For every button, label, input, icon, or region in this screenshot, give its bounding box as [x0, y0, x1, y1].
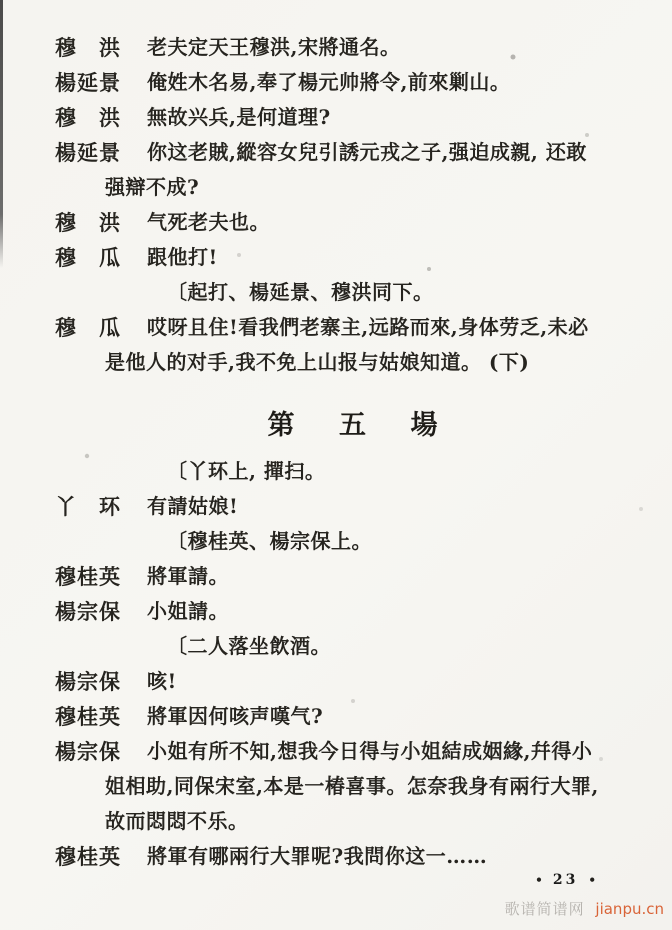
dialogue-text: 無故兴兵,是何道理? [105, 100, 650, 135]
dialogue-line: 楊延景 你这老賊,縱容女兒引誘元戎之子,强迫成親, 还敢 强辯不成? [55, 135, 650, 205]
stage-direction-line: 〔丫环上, 撣扫。 [167, 454, 650, 489]
speaker-name: 穆 洪 [55, 205, 121, 240]
dialogue-line: 穆 瓜 跟他打! [55, 240, 650, 275]
dialogue-text: 將軍因何咳声嘆气? [105, 699, 650, 734]
dialogue-line: 楊宗保 咳! [55, 664, 650, 699]
speaker-name: 楊延景 [55, 65, 121, 100]
dialogue-text: 俺姓木名易,奉了楊元帅將令,前來剿山。 [105, 65, 650, 100]
dialogue-line: 穆 瓜 哎呀且住!看我們老寨主,远路而來,身体劳乏,未必 是他人的对手,我不免上… [55, 310, 650, 380]
speaker-name: 穆桂英 [55, 839, 121, 874]
speaker-name: 丫 环 [55, 489, 121, 524]
dialogue-line: 穆桂英 將軍有哪兩行大罪呢?我問你这一…… [55, 839, 650, 874]
speaker-name: 楊宗保 [55, 664, 121, 699]
dialogue-line: 穆桂英 將軍請。 [55, 559, 650, 594]
speaker-name: 穆 洪 [55, 30, 121, 65]
stage-direction-text: 〔丫环上, 撣扫。 [167, 454, 650, 489]
dialogue-text: 跟他打! [105, 240, 650, 275]
speaker-name: 楊宗保 [55, 594, 121, 629]
stage-direction-text: 〔穆桂英、楊宗保上。 [167, 524, 650, 559]
dialogue-text: 小姐請。 [105, 594, 650, 629]
speaker-name: 穆 瓜 [55, 240, 121, 275]
page-number: •23• [525, 872, 606, 888]
watermark-site-url-link[interactable]: jianpu.cn [595, 900, 664, 918]
dialogue-text: 哎呀且住!看我們老寨主,远路而來,身体劳乏,未必 是他人的对手,我不免上山报与姑… [105, 310, 650, 380]
scanned-script-page: 穆 洪 老夫定天王穆洪,宋將通名。 楊延景 俺姓木名易,奉了楊元帅將令,前來剿山… [0, 0, 672, 930]
page-number-dot-left: • [525, 873, 553, 887]
watermark: 歌谱简谱网 jianpu.cn [505, 898, 664, 919]
speaker-name: 楊宗保 [55, 734, 121, 769]
stage-direction-line: 〔二人落坐飲酒。 [167, 629, 650, 664]
stage-direction-line: 〔起打、楊延景、穆洪同下。 [167, 275, 650, 310]
dialogue-text: 老夫定天王穆洪,宋將通名。 [105, 30, 650, 65]
dialogue-text: 有請姑娘! [105, 489, 650, 524]
dialogue-text: 气死老夫也。 [105, 205, 650, 240]
dialogue-line: 楊延景 俺姓木名易,奉了楊元帅將令,前來剿山。 [55, 65, 650, 100]
dialogue-text: 你这老賊,縱容女兒引誘元戎之子,强迫成親, 还敢 强辯不成? [105, 135, 650, 205]
stage-direction-text: 〔二人落坐飲酒。 [167, 629, 650, 664]
dialogue-text: 咳! [105, 664, 650, 699]
watermark-site-name: 歌谱简谱网 [505, 900, 585, 918]
script-body: 穆 洪 老夫定天王穆洪,宋將通名。 楊延景 俺姓木名易,奉了楊元帅將令,前來剿山… [0, 0, 672, 874]
speaker-name: 穆桂英 [55, 699, 121, 734]
speaker-name: 穆桂英 [55, 559, 121, 594]
dialogue-line: 穆 洪 無故兴兵,是何道理? [55, 100, 650, 135]
dialogue-line: 楊宗保 小姐有所不知,想我今日得与小姐結成姻緣,幷得小 姐相助,同保宋室,本是一… [55, 734, 650, 839]
dialogue-text: 小姐有所不知,想我今日得与小姐結成姻緣,幷得小 姐相助,同保宋室,本是一椿喜事。… [105, 734, 650, 839]
stage-direction-text: 〔起打、楊延景、穆洪同下。 [167, 275, 650, 310]
page-number-dot-right: • [578, 873, 606, 887]
scene-heading: 第五場 [55, 406, 650, 446]
speaker-name: 穆 洪 [55, 100, 121, 135]
dialogue-text: 將軍有哪兩行大罪呢?我問你这一…… [105, 839, 650, 874]
dialogue-line: 丫 环 有請姑娘! [55, 489, 650, 524]
page-number-value: 23 [553, 872, 578, 888]
dialogue-text: 將軍請。 [105, 559, 650, 594]
speaker-name: 楊延景 [55, 135, 121, 170]
speaker-name: 穆 瓜 [55, 310, 121, 345]
dialogue-line: 楊宗保 小姐請。 [55, 594, 650, 629]
dialogue-line: 穆 洪 老夫定天王穆洪,宋將通名。 [55, 30, 650, 65]
dialogue-line: 穆 洪 气死老夫也。 [55, 205, 650, 240]
dialogue-line: 穆桂英 將軍因何咳声嘆气? [55, 699, 650, 734]
stage-direction-line: 〔穆桂英、楊宗保上。 [167, 524, 650, 559]
